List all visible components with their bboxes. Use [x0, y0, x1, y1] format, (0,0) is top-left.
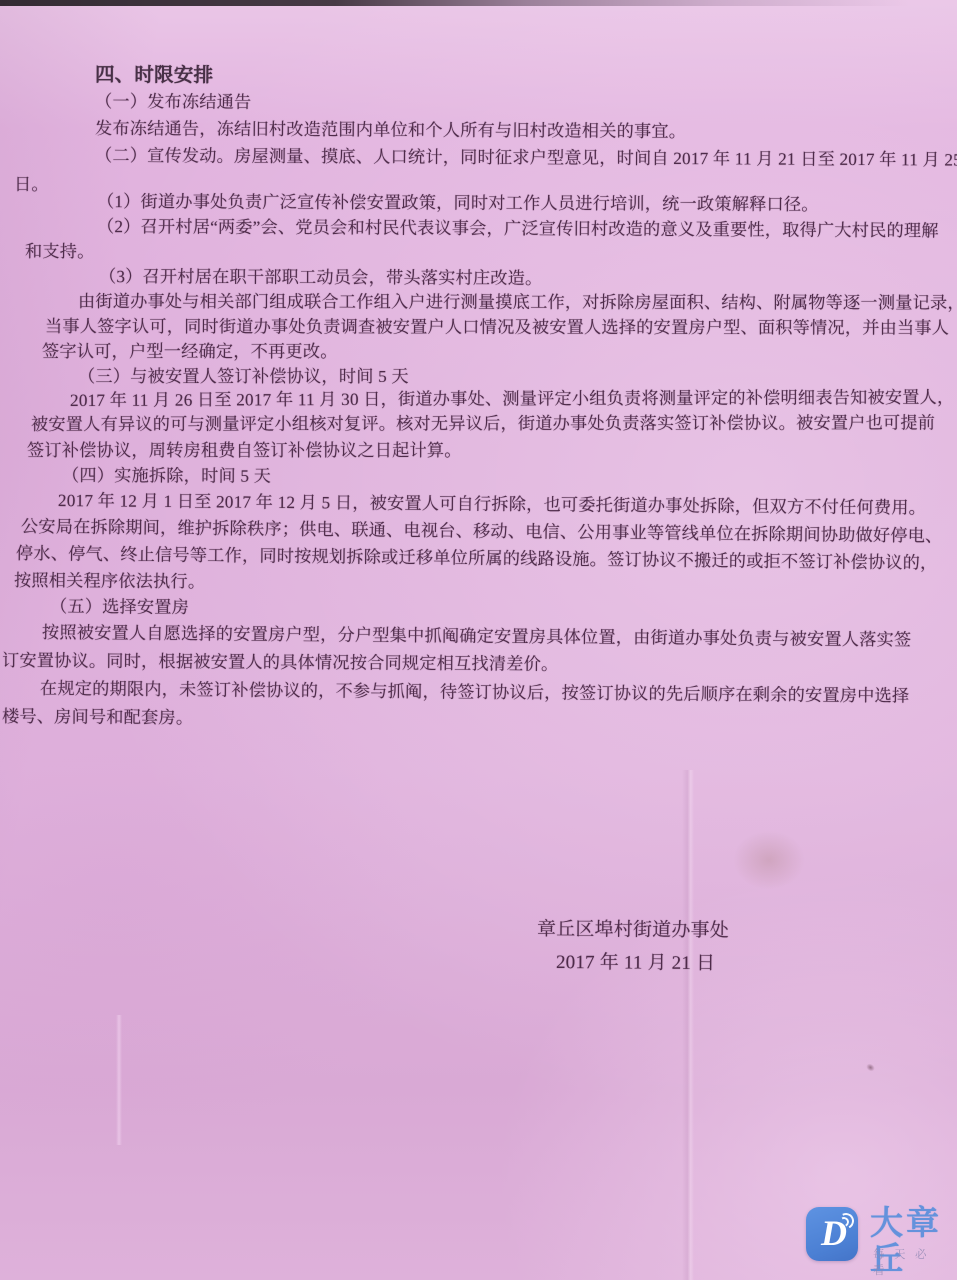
text-line: 签字认可，户型一经确定，不再更改。 [42, 337, 338, 362]
text-line: 2017 年 11 月 21 日 [556, 947, 715, 975]
text-line: （一）发布冻结通告 [95, 87, 252, 113]
text-line: （二）宣传发动。房屋测量、摸底、人口统计，同时征求户型意见，时间自 2017 年… [95, 141, 957, 171]
text-line: （2）召开村居“两委”会、党员会和村民代表议事会，广泛宣传旧村改造的意义及重要性… [97, 212, 939, 241]
text-line: 四、时限安排 [95, 59, 213, 88]
text-line: 2017 年 11 月 26 日至 2017 年 11 月 30 日，街道办事处… [70, 383, 954, 411]
text-line: 章丘区埠村街道办事处 [537, 914, 729, 942]
text-layer: 四、时限安排（一）发布冻结通告发布冻结通告，冻结旧村改造范围内单位和个人所有与旧… [0, 0, 957, 1280]
text-line: （四）实施拆除，时间 5 天 [62, 461, 271, 487]
text-line: 按照相关程序依法执行。 [14, 566, 205, 592]
text-line: （3）召开村居在职干部职工动员会，带头落实村庄改造。 [99, 262, 543, 289]
brand-logo-icon: D [806, 1207, 858, 1261]
text-line: 签订补偿协议，周转房租费自签订补偿协议之日起计算。 [27, 436, 462, 461]
text-line: 日。 [14, 170, 49, 195]
text-line: 和支持。 [25, 237, 95, 262]
text-line: （三）与被安置人签订补偿协议，时间 5 天 [78, 362, 409, 387]
text-line: 被安置人有异议的可与测量评定小组核对复评。核对无异议后，街道办事处负责落实签订补… [31, 408, 935, 435]
text-line: 由街道办事处与相关部门组成联合工作组入户进行测量摸底工作，对拆除房屋面积、结构、… [78, 287, 957, 314]
text-line: 发布冻结通告，冻结旧村改造范围内单位和个人所有与旧村改造相关的事宜。 [95, 114, 686, 142]
watermark: D 大章丘 每天必看 [806, 1205, 956, 1267]
text-line: 按照被安置人自愿选择的安置房户型，分户型集中抓阄确定安置房具体位置，由街道办事处… [42, 618, 912, 651]
text-line: 订安置协议。同时，根据被安置人的具体情况按合同规定相互找清差价。 [2, 646, 559, 675]
photographed-document: { "document": { "lines": [ {"text": "四、时… [0, 0, 957, 1280]
text-line: （五）选择安置房 [50, 592, 189, 618]
text-line: 当事人签字认可，同时街道办事处负责调查被安置户人口情况及被安置人选择的安置房户型… [45, 312, 949, 339]
text-line: 在规定的期限内，未签订补偿协议的，不参与抓阄，待签订协议后，按签订协议的先后顺序… [40, 674, 910, 707]
text-line: （1）街道办事处负责广泛宣传补偿安置政策，同时对工作人员进行培训，统一政策解释口… [97, 187, 819, 215]
brand-tagline: 每天必看 [873, 1246, 956, 1278]
text-line: 楼号、房间号和配套房。 [2, 702, 193, 728]
